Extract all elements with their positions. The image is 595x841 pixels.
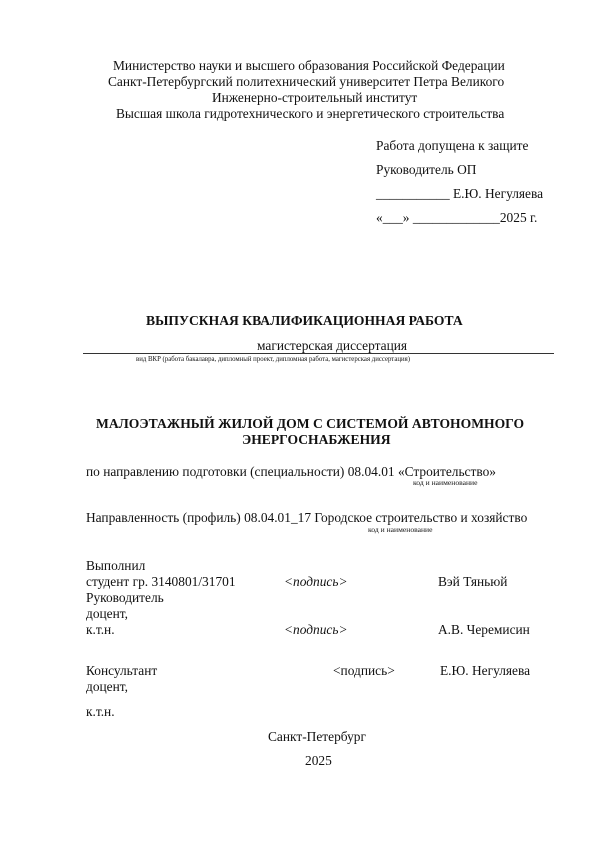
footer-year: 2025 — [305, 753, 332, 769]
approval-admitted: Работа допущена к защите — [376, 138, 528, 154]
school-line: Высшая школа гидротехнического и энергет… — [116, 106, 504, 122]
consultant-position: доцент, — [86, 679, 128, 695]
consultant-label: Консультант — [86, 663, 157, 679]
topic-line-1: МАЛОЭТАЖНЫЙ ЖИЛОЙ ДОМ С СИСТЕМОЙ АВТОНОМ… — [96, 416, 524, 432]
ministry-line: Министерство науки и высшего образования… — [113, 58, 505, 74]
consultant-degree: к.т.н. — [86, 704, 115, 720]
supervisor-label: Руководитель — [86, 590, 164, 606]
supervisor-name: А.В. Черемисин — [438, 622, 530, 638]
student-signature-placeholder: <подпись> — [284, 574, 348, 590]
kind-underline — [83, 353, 554, 354]
topic-line-2: ЭНЕРГОСНАБЖЕНИЯ — [242, 432, 391, 448]
supervisor-degree: к.т.н. — [86, 622, 115, 638]
work-type-title: ВЫПУСКНАЯ КВАЛИФИКАЦИОННАЯ РАБОТА — [146, 313, 463, 329]
work-type-kind: магистерская диссертация — [257, 338, 407, 354]
supervisor-signature-placeholder: <подпись> — [284, 622, 348, 638]
work-type-caption: вид ВКР (работа бакалавра, дипломный про… — [136, 356, 410, 364]
university-line: Санкт-Петербургский политехнический унив… — [108, 74, 504, 90]
profile-text: Направленность (профиль) 08.04.01_17 Гор… — [86, 510, 527, 526]
consultant-signature-placeholder: <подпись> — [333, 663, 395, 679]
student-label: Выполнил — [86, 558, 145, 574]
footer-city: Санкт-Петербург — [268, 729, 366, 745]
direction-caption: код и наименование — [413, 478, 478, 487]
student-group: студент гр. 3140801/31701 — [86, 574, 236, 590]
approval-date-line: «___» _____________2025 г. — [376, 210, 537, 226]
consultant-name: Е.Ю. Негуляева — [440, 663, 530, 679]
supervisor-position: доцент, — [86, 606, 128, 622]
approval-head-title: Руководитель ОП — [376, 162, 476, 178]
student-name: Вэй Тяньюй — [438, 574, 507, 590]
approval-signature-line: ___________ Е.Ю. Негуляева — [376, 186, 543, 202]
profile-caption: код и наименование — [368, 525, 433, 534]
institute-line: Инженерно-строительный институт — [212, 90, 417, 106]
